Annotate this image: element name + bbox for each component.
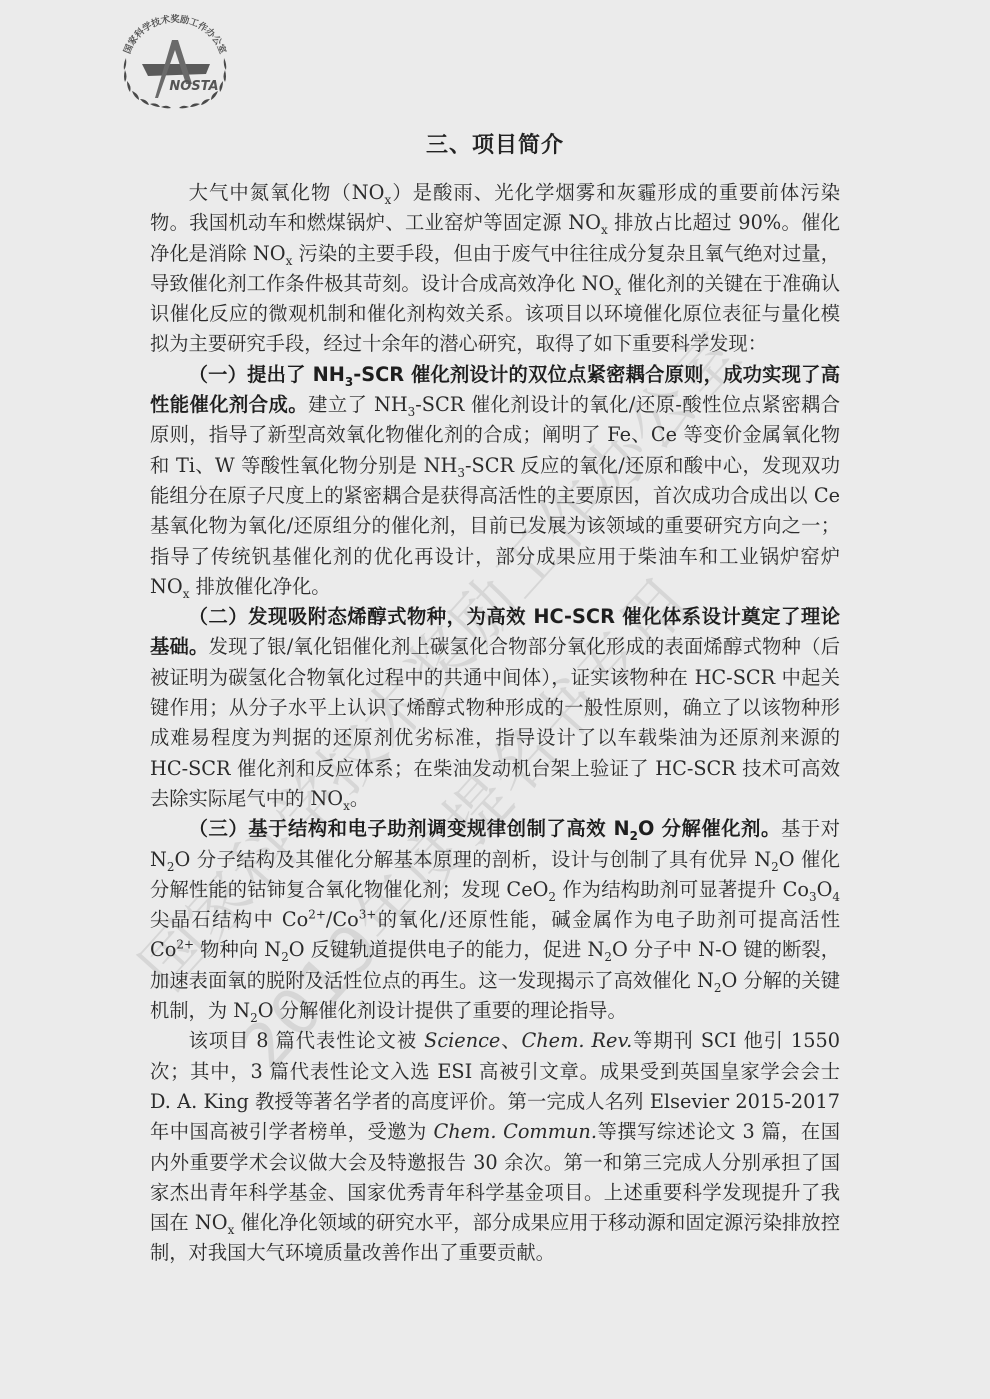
paragraph-finding-3: （三）基于结构和电子助剂调变规律创制了高效 N2O 分解催化剂。基于对 N2O … xyxy=(150,814,840,1026)
journal-name: Chem. Commun. xyxy=(433,1120,597,1143)
journal-name: Chem. Rev. xyxy=(521,1029,632,1052)
nosta-emblem-icon: 国家科学技术奖励工作办公室 NOSTA xyxy=(114,14,236,114)
finding-heading: （一）提出了 NH3-SCR 催化剂设计的双位点紧密耦合原则，成功实现了高性能催… xyxy=(150,363,840,416)
paragraph-intro: 大气中氮氧化物（NOx）是酸雨、光化学烟雾和灰霾形成的重要前体污染物。我国机动车… xyxy=(150,178,840,360)
journal-name: Science xyxy=(424,1029,500,1052)
document-body: 大气中氮氧化物（NOx）是酸雨、光化学烟雾和灰霾形成的重要前体污染物。我国机动车… xyxy=(150,178,840,1269)
finding-heading: （二）发现吸附态烯醇式物种，为高效 HC-SCR 催化体系设计奠定了理论基础。 xyxy=(150,605,840,658)
finding-heading: （三）基于结构和电子助剂调变规律创制了高效 N2O 分解催化剂。 xyxy=(189,817,781,840)
section-title: 三、项目简介 xyxy=(150,128,840,159)
paragraph-finding-1: （一）提出了 NH3-SCR 催化剂设计的双位点紧密耦合原则，成功实现了高性能催… xyxy=(150,360,840,602)
logo-wordmark: NOSTA xyxy=(169,79,218,94)
paragraph-finding-2: （二）发现吸附态烯醇式物种，为高效 HC-SCR 催化体系设计奠定了理论基础。发… xyxy=(150,602,840,814)
nosta-logo: 国家科学技术奖励工作办公室 NOSTA xyxy=(114,14,236,114)
paragraph-impact: 该项目 8 篇代表性论文被 Science、Chem. Rev.等期刊 SCI … xyxy=(150,1026,840,1268)
